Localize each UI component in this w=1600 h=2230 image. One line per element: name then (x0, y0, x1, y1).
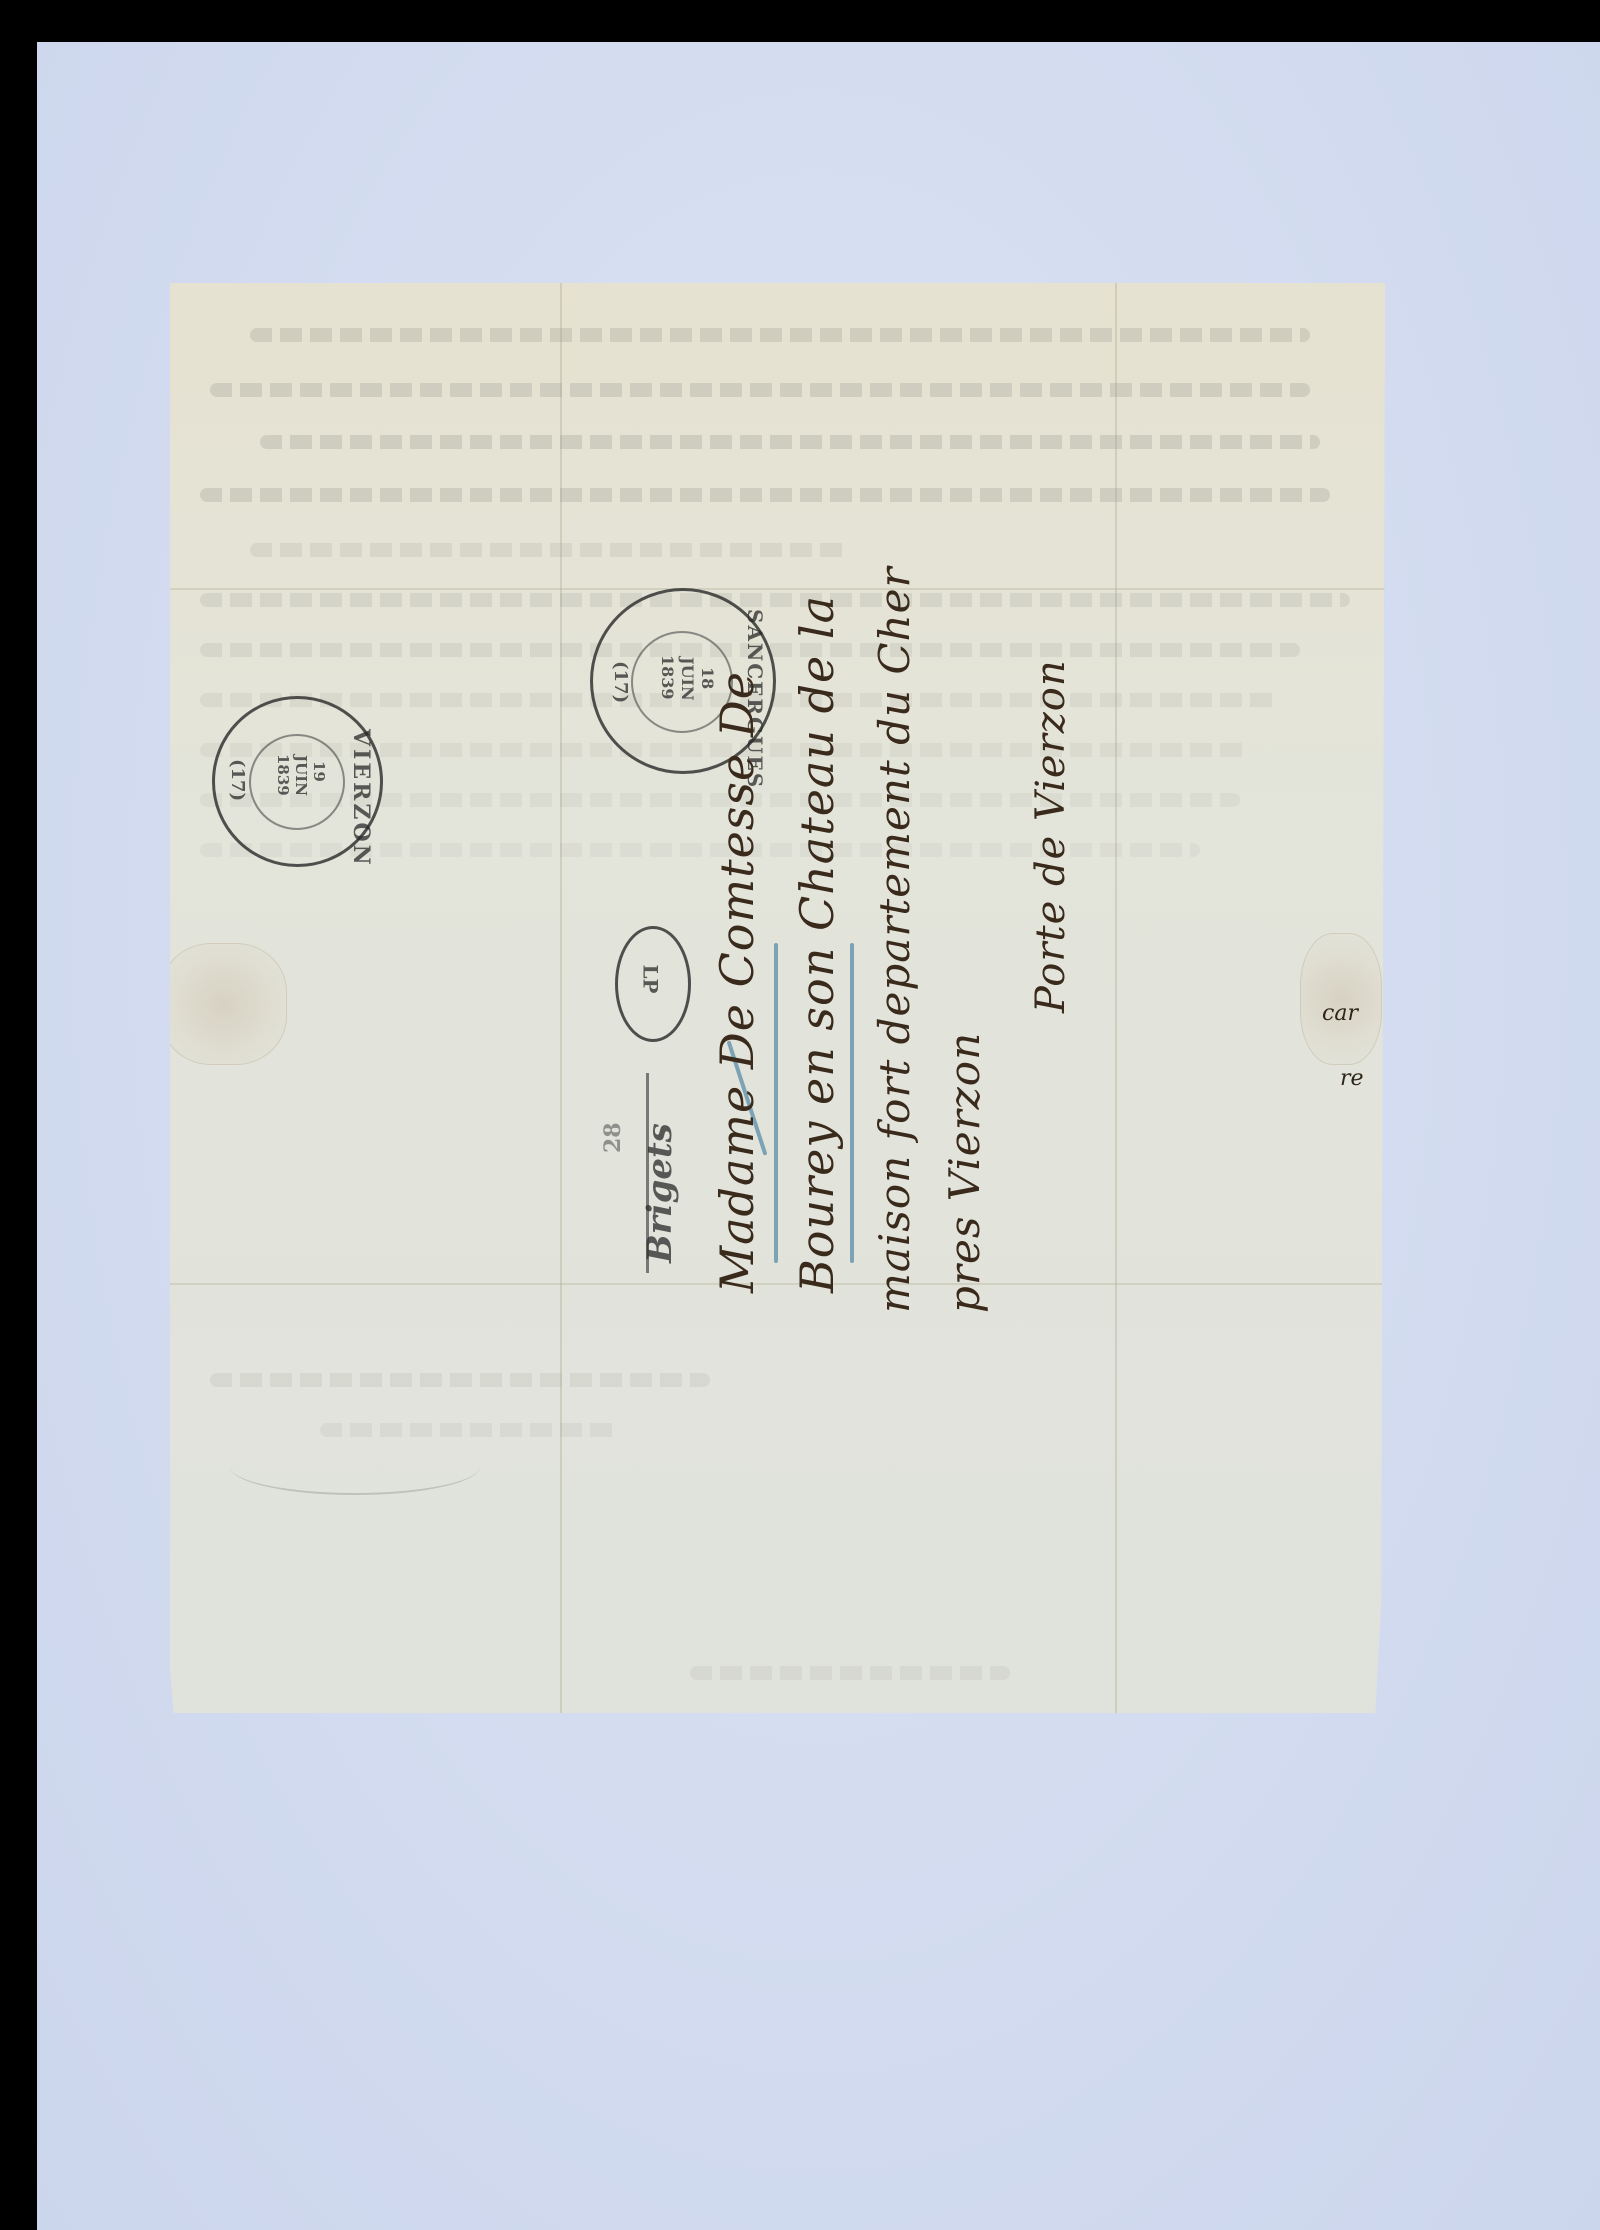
bleed-through-line (320, 1423, 620, 1437)
boxed-lp-mark: LP (615, 926, 691, 1042)
blue-crayon-mark (850, 943, 854, 1263)
postmark-vierzon: VIERZON 19 JUIN 1839 (17) (212, 696, 383, 867)
rural-box-mark: Brigets 28 (580, 1063, 670, 1273)
bleed-through-line (200, 488, 1330, 502)
bleed-through-line (210, 1373, 710, 1387)
bleed-through-line (250, 328, 1310, 342)
address-line-5: Porte de Vierzon (1028, 659, 1074, 1013)
blue-crayon-mark (774, 943, 778, 1263)
bleed-through-line (690, 1666, 1010, 1680)
address-line-4: pres Vierzon (940, 1032, 989, 1313)
bleed-through-line (200, 593, 1350, 607)
edge-fragment-text: re (1340, 1066, 1364, 1091)
wax-seal-remnant (160, 943, 287, 1065)
fold-line (170, 588, 1385, 590)
address-line-2: Bourey en son Chateau de la (790, 595, 844, 1293)
edge-fragment-text: car (1322, 1001, 1358, 1026)
bleed-through-line (250, 543, 850, 557)
faint-signature-flourish (230, 1438, 480, 1495)
wax-seal-remnant (1300, 933, 1382, 1065)
address-line-1: Madame De Comtesse De (710, 671, 764, 1293)
folded-letter: car re VIERZON 19 JUIN 1839 (17) SANCERG… (170, 283, 1385, 1713)
bleed-through-line (260, 435, 1320, 449)
fold-line (170, 1283, 1385, 1285)
address-line-3: maison fort departement du Cher (870, 566, 919, 1313)
bleed-through-line (210, 383, 1310, 397)
